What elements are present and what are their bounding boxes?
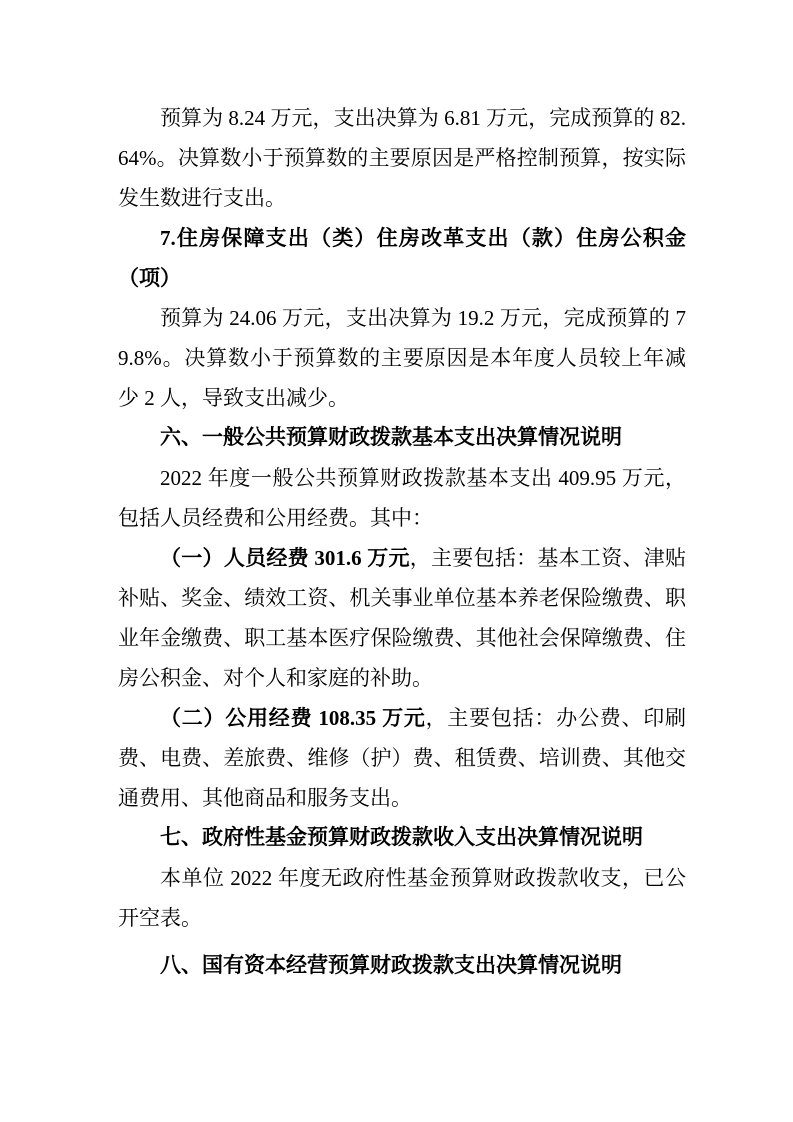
para-budget-24-06: 预算为 24.06 万元，支出决算为 19.2 万元，完成预算的 79.8%。决… [118, 298, 686, 418]
heading-7-housing-security: 7.住房保障支出（类）住房改革支出（款）住房公积金（项） [118, 218, 686, 298]
document-page: 预算为 8.24 万元，支出决算为 6.81 万元，完成预算的 82.64%。决… [0, 0, 793, 1122]
heading-6-basic-expenditure: 六、一般公共预算财政拨款基本支出决算情况说明 [118, 418, 686, 458]
para-no-government-fund: 本单位 2022 年度无政府性基金预算财政拨款收支，已公开空表。 [118, 858, 686, 938]
heading-7-government-fund: 七、政府性基金预算财政拨款收入支出决算情况说明 [118, 818, 686, 858]
para-public-funds: （二）公用经费 108.35 万元，主要包括：办公费、印刷费、电费、差旅费、维修… [118, 698, 686, 818]
para-public-funds-bold-lead: （二）公用经费 108.35 万元 [160, 706, 426, 730]
heading-8-state-capital: 八、国有资本经营预算财政拨款支出决算情况说明 [118, 946, 686, 986]
para-personnel-funds: （一）人员经费 301.6 万元，主要包括：基本工资、津贴补贴、奖金、绩效工资、… [118, 538, 686, 698]
para-personnel-funds-bold-lead: （一）人员经费 301.6 万元 [160, 546, 410, 570]
para-2022-basic-expenditure: 2022 年度一般公共预算财政拨款基本支出 409.95 万元，包括人员经费和公… [118, 458, 686, 538]
para-budget-8-24: 预算为 8.24 万元，支出决算为 6.81 万元，完成预算的 82.64%。决… [118, 98, 686, 218]
